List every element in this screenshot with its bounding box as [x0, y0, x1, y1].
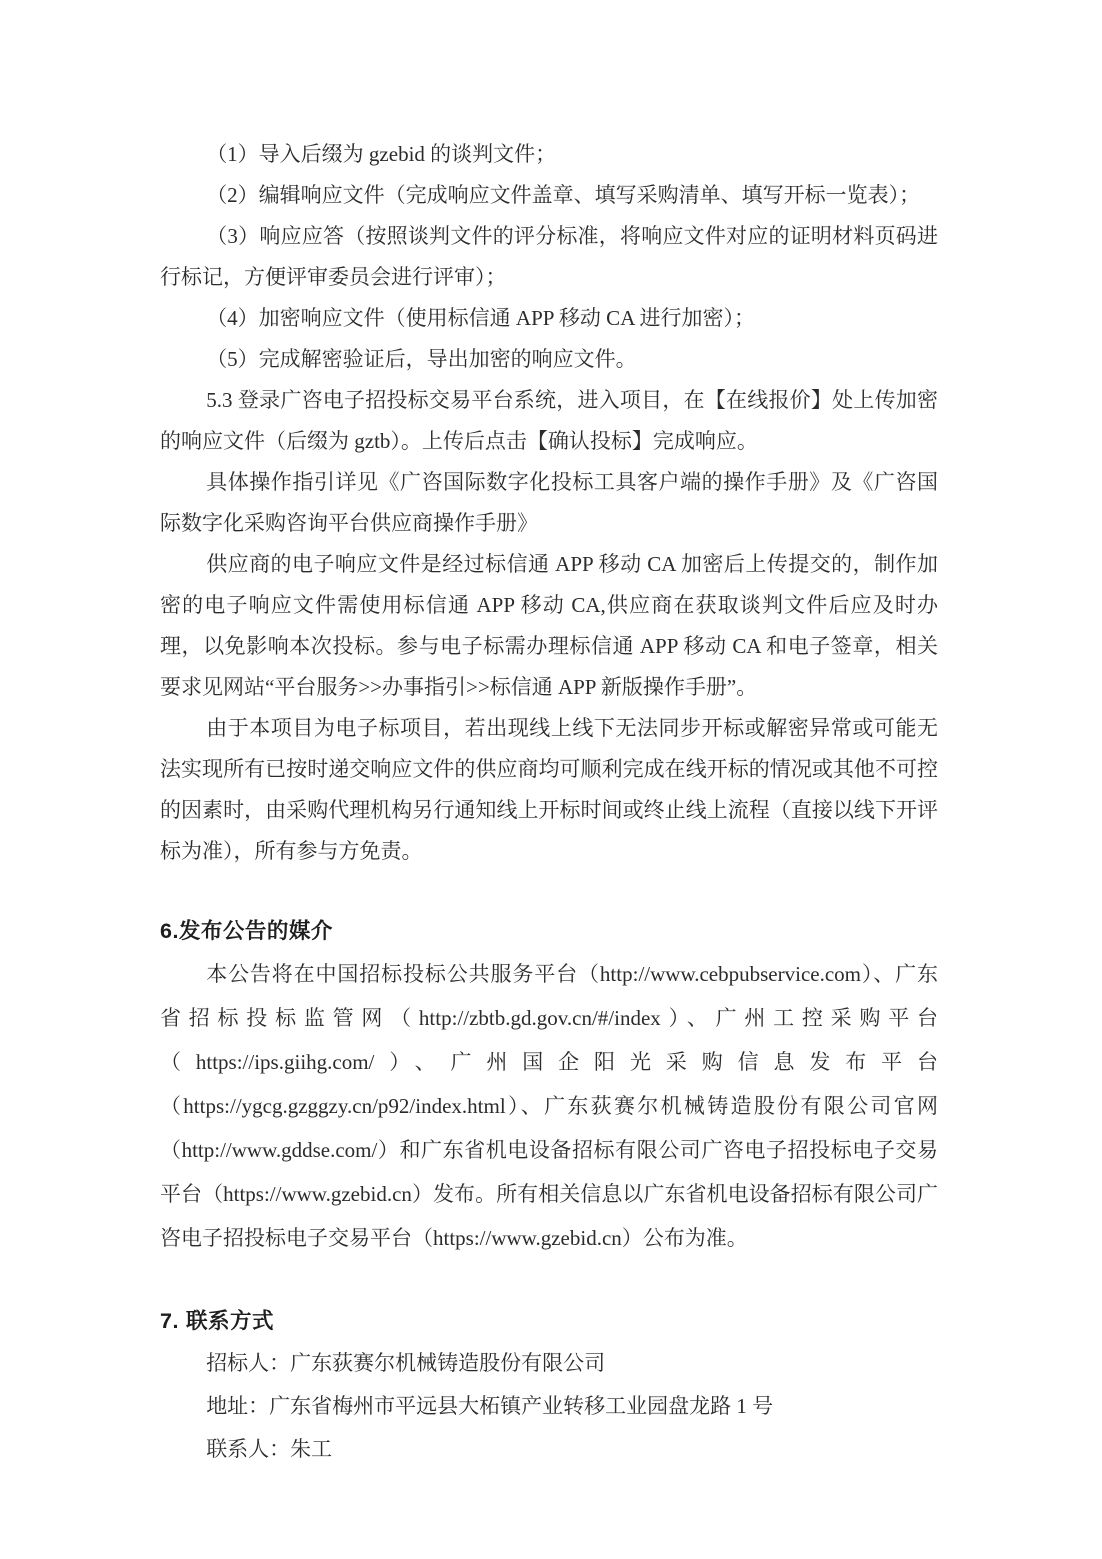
procedure-step-3: （3）响应应答（按照谈判文件的评分标准，将响应文件对应的证明材料页码进行标记，方…	[160, 216, 938, 298]
document-page: （1）导入后缀为 gzebid 的谈判文件； （2）编辑响应文件（完成响应文件盖…	[0, 0, 1102, 1559]
contact-line-address: 地址：广东省梅州市平远县大柘镇产业转移工业园盘龙路 1 号	[160, 1385, 938, 1428]
contact-line-person: 联系人：朱工	[160, 1428, 938, 1471]
contact-heading-number: 7.	[160, 1301, 186, 1342]
contact-heading: 7.联系方式	[160, 1301, 938, 1342]
procedure-step-4: （4）加密响应文件（使用标信通 APP 移动 CA 进行加密）；	[160, 298, 938, 339]
paragraph-announcement-platforms: 本公告将在中国招标投标公共服务平台（http://www.cebpubservi…	[160, 952, 938, 1260]
procedure-step-1: （1）导入后缀为 gzebid 的谈判文件；	[160, 134, 938, 175]
section-announcement-media: 6.发布公告的媒介 本公告将在中国招标投标公共服务平台（http://www.c…	[160, 911, 938, 1260]
paragraph-operation-manual: 具体操作指引详见《广咨国际数字化投标工具客户端的操作手册》及《广咨国际数字化采购…	[160, 462, 938, 544]
paragraph-upload-response: 5.3 登录广咨电子招投标交易平台系统，进入项目，在【在线报价】处上传加密的响应…	[160, 380, 938, 462]
document-content: （1）导入后缀为 gzebid 的谈判文件； （2）编辑响应文件（完成响应文件盖…	[160, 134, 938, 1471]
procedure-step-5: （5）完成解密验证后，导出加密的响应文件。	[160, 339, 938, 380]
paragraph-mobile-ca: 供应商的电子响应文件是经过标信通 APP 移动 CA 加密后上传提交的，制作加密…	[160, 544, 938, 708]
section-contact-info: 7.联系方式 招标人：广东荻赛尔机械铸造股份有限公司 地址：广东省梅州市平远县大…	[160, 1301, 938, 1471]
procedure-step-2: （2）编辑响应文件（完成响应文件盖章、填写采购清单、填写开标一览表）；	[160, 175, 938, 216]
section-bid-procedure: （1）导入后缀为 gzebid 的谈判文件； （2）编辑响应文件（完成响应文件盖…	[160, 134, 938, 872]
paragraph-disclaimer: 由于本项目为电子标项目，若出现线上线下无法同步开标或解密异常或可能无法实现所有已…	[160, 708, 938, 872]
contact-line-tenderee: 招标人：广东荻赛尔机械铸造股份有限公司	[160, 1342, 938, 1385]
contact-heading-label: 联系方式	[186, 1309, 274, 1333]
announcement-media-heading: 6.发布公告的媒介	[160, 911, 938, 952]
